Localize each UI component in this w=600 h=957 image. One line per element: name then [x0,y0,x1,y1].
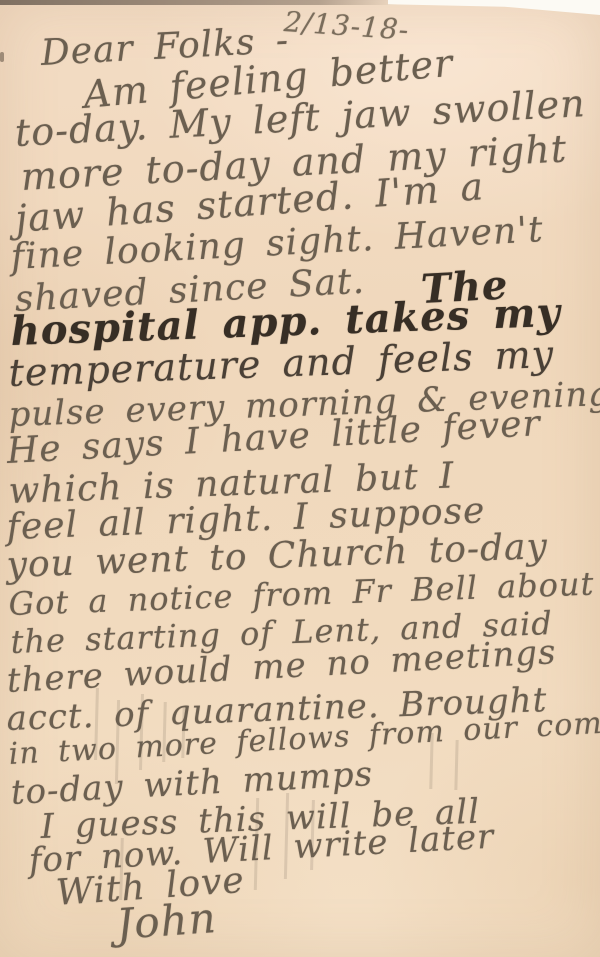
photo-of-postcard: 2/13-18- Dear Folks - Am feeling better … [0,0,600,957]
letter-date: 2/13-18- [283,8,410,45]
scan-background-sliver [388,0,600,15]
scan-top-edge-shadow [0,0,398,5]
postcard-paper: 2/13-18- Dear Folks - Am feeling better … [0,0,600,957]
letter-signature: John [115,897,218,946]
paper-edge-speck [0,52,4,62]
